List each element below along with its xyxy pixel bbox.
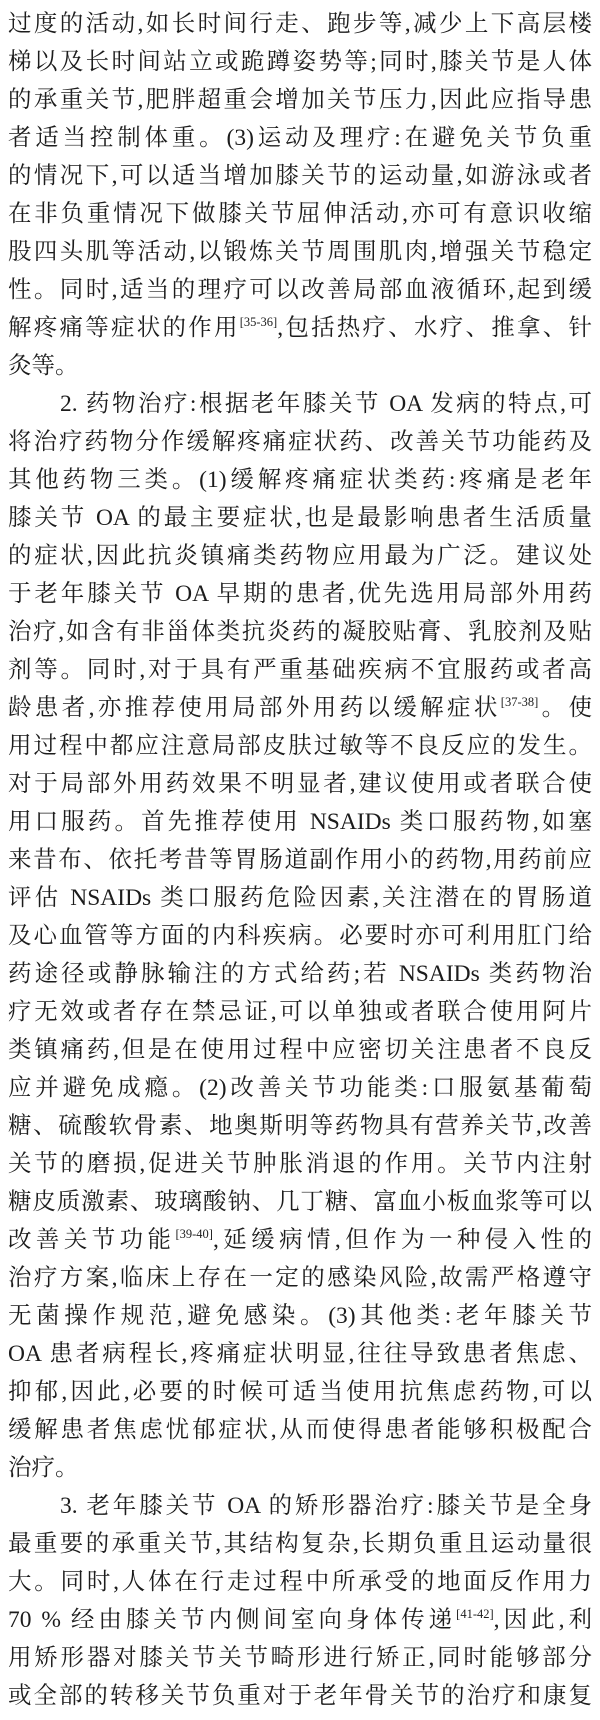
text-segment: 抑郁,因此,必要的时候可适当使用抗焦虑药物,可以 (8, 1379, 592, 1405)
text-segment: 膝关节 OA 的最主要症状,也是最影响患者生活质量 (8, 505, 592, 531)
text-segment: 疗无效或者存在禁忌证,可以单独或者联合使用阿片 (8, 999, 592, 1025)
text-segment: 3. 老年膝关节 OA 的矫形器治疗:膝关节是全身 (60, 1493, 592, 1519)
text-segment: 者适当控制体重。(3)运动及理疗:在避免关节负重 (8, 125, 592, 151)
text-line: OA 患者病程长,疼痛症状明显,往往导致患者焦虑、 (8, 1335, 592, 1373)
text-line: 无菌操作规范,避免感染。(3)其他类:老年膝关节 (8, 1297, 592, 1335)
text-line: 大。同时,人体在行走过程中所承受的地面反作用力 (8, 1563, 592, 1601)
text-segment: 股四头肌等活动,以锻炼关节周围肌肉,增强关节稳定 (8, 239, 592, 265)
text-line: 其他药物三类。(1)缓解疼痛症状类药:疼痛是老年 (8, 461, 592, 499)
text-segment: 70 % 经由膝关节内侧间室向身体传递 (8, 1607, 456, 1633)
text-segment: 的承重关节,肥胖超重会增加关节压力,因此应指导患 (8, 87, 592, 113)
text-segment: 评估 NSAIDs 类口服药危险因素,关注潜在的胃肠道 (8, 885, 592, 911)
citation-ref: [35-36] (240, 315, 278, 329)
text-line: 股四头肌等活动,以锻炼关节周围肌肉,增强关节稳定 (8, 233, 592, 271)
text-line: 治疗,如含有非甾体类抗炎药的凝胶贴膏、乳胶剂及贴 (8, 613, 592, 651)
text-line: 及心血管等方面的内科疾病。必要时亦可利用肛门给 (8, 917, 592, 955)
text-line: 类镇痛药,但是在使用过程中应密切关注患者不良反 (8, 1031, 592, 1069)
text-segment: 剂等。同时,对于具有严重基础疾病不宜服药或者高 (8, 657, 592, 683)
text-line: 治疗方案,临床上存在一定的感染风险,故需严格遵守 (8, 1259, 592, 1297)
text-line: 梯以及长时间站立或跪蹲姿势等;同时,膝关节是人体 (8, 43, 592, 81)
text-segment: 用口服药。首先推荐使用 NSAIDs 类口服药物,如塞 (8, 809, 592, 835)
text-segment: 治疗方案,临床上存在一定的感染风险,故需严格遵守 (8, 1265, 592, 1291)
text-segment: 性。同时,适当的理疗可以改善局部血液循环,起到缓 (8, 277, 592, 303)
text-segment: 治疗。 (8, 1455, 79, 1481)
text-line: 对于局部外用药效果不明显者,建议使用或者联合使 (8, 765, 592, 803)
text-segment: 在非负重情况下做膝关节屈伸活动,亦可有意识收缩 (8, 201, 592, 227)
text-line: 的情况下,可以适当增加膝关节的运动量,如游泳或者 (8, 157, 592, 195)
text-line: 灸等。 (8, 347, 592, 385)
text-segment: 过度的活动,如长时间行走、跑步等,减少上下高层楼 (8, 11, 592, 37)
text-line: 的症状,因此抗炎镇痛类药物应用最为广泛。建议处 (8, 537, 592, 575)
paper-page: 过度的活动,如长时间行走、跑步等,减少上下高层楼梯以及长时间站立或跪蹲姿势等;同… (0, 0, 600, 1720)
text-line: 抑郁,因此,必要的时候可适当使用抗焦虑药物,可以 (8, 1373, 592, 1411)
text-line: 于老年膝关节 OA 早期的患者,优先选用局部外用药 (8, 575, 592, 613)
text-segment: 或全部的转移关节负重对于老年骨关节的治疗和康复 (8, 1683, 592, 1709)
text-segment: 于老年膝关节 OA 早期的患者,优先选用局部外用药 (8, 581, 592, 607)
text-segment: 灸等。 (8, 353, 79, 379)
text-line: 应并避免成瘾。(2)改善关节功能类:口服氨基葡萄 (8, 1069, 592, 1107)
text-segment: 最重要的承重关节,其结构复杂,长期负重且运动量很 (8, 1531, 592, 1557)
text-line: 用过程中都应注意局部皮肤过敏等不良反应的发生。 (8, 727, 592, 765)
text-line: 关节的磨损,促进关节肿胀消退的作用。关节内注射 (8, 1145, 592, 1183)
text-segment: 类镇痛药,但是在使用过程中应密切关注患者不良反 (8, 1037, 592, 1063)
text-line: 性。同时,适当的理疗可以改善局部血液循环,起到缓 (8, 271, 592, 309)
text-segment: 龄患者,亦推荐使用局部外用药以缓解症状 (8, 695, 501, 721)
text-line: 将治疗药物分作缓解疼痛症状药、改善关节功能药及 (8, 423, 592, 461)
text-segment: ,包括热疗、水疗、推拿、针 (277, 315, 592, 341)
text-segment: ,延缓病情,但作为一种侵入性的 (213, 1227, 592, 1253)
text-line: 过度的活动,如长时间行走、跑步等,减少上下高层楼 (8, 5, 592, 43)
text-segment: 治疗,如含有非甾体类抗炎药的凝胶贴膏、乳胶剂及贴 (8, 619, 592, 645)
text-segment: 糖、硫酸软骨素、地奥斯明等药物具有营养关节,改善 (8, 1113, 592, 1139)
text-line: 的承重关节,肥胖超重会增加关节压力,因此应指导患 (8, 81, 592, 119)
text-line: 用口服药。首先推荐使用 NSAIDs 类口服药物,如塞 (8, 803, 592, 841)
text-segment: 大。同时,人体在行走过程中所承受的地面反作用力 (8, 1569, 592, 1595)
text-segment: 解疼痛等症状的作用 (8, 315, 240, 341)
text-line: 糖、硫酸软骨素、地奥斯明等药物具有营养关节,改善 (8, 1107, 592, 1145)
text-line: 解疼痛等症状的作用[35-36],包括热疗、水疗、推拿、针 (8, 309, 592, 347)
text-line: 糖皮质激素、玻璃酸钠、几丁糖、富血小板血浆等可以 (8, 1183, 592, 1221)
text-line: 或全部的转移关节负重对于老年骨关节的治疗和康复 (8, 1677, 592, 1715)
citation-ref: [37-38] (501, 695, 539, 709)
text-segment: 及心血管等方面的内科疾病。必要时亦可利用肛门给 (8, 923, 592, 949)
text-line: 评估 NSAIDs 类口服药危险因素,关注潜在的胃肠道 (8, 879, 592, 917)
text-segment: OA 患者病程长,疼痛症状明显,往往导致患者焦虑、 (8, 1341, 592, 1367)
text-segment: ,因此,利 (494, 1607, 592, 1633)
text-line: 药途径或静脉输注的方式给药;若 NSAIDs 类药物治 (8, 955, 592, 993)
text-segment: 的情况下,可以适当增加膝关节的运动量,如游泳或者 (8, 163, 592, 189)
text-segment: 缓解患者焦虑忧郁症状,从而使得患者能够积极配合 (8, 1417, 592, 1443)
text-segment: 梯以及长时间站立或跪蹲姿势等;同时,膝关节是人体 (8, 49, 592, 75)
text-segment: 关节的磨损,促进关节肿胀消退的作用。关节内注射 (8, 1151, 592, 1177)
text-line: 治疗。 (8, 1449, 592, 1487)
text-segment: 。使 (538, 695, 592, 721)
text-segment: 将治疗药物分作缓解疼痛症状药、改善关节功能药及 (8, 429, 592, 455)
text-segment: 糖皮质激素、玻璃酸钠、几丁糖、富血小板血浆等可以 (8, 1189, 592, 1215)
text-segment: 用过程中都应注意局部皮肤过敏等不良反应的发生。 (8, 733, 592, 759)
text-block: 过度的活动,如长时间行走、跑步等,减少上下高层楼梯以及长时间站立或跪蹲姿势等;同… (0, 0, 600, 1715)
citation-ref: [41-42] (456, 1607, 494, 1621)
text-line: 2. 药物治疗:根据老年膝关节 OA 发病的特点,可 (8, 385, 592, 423)
text-line: 龄患者,亦推荐使用局部外用药以缓解症状[37-38]。使 (8, 689, 592, 727)
text-segment: 改善关节功能 (8, 1227, 175, 1253)
text-line: 来昔布、依托考昔等胃肠道副作用小的药物,用药前应 (8, 841, 592, 879)
text-segment: 应并避免成瘾。(2)改善关节功能类:口服氨基葡萄 (8, 1075, 592, 1101)
text-line: 3. 老年膝关节 OA 的矫形器治疗:膝关节是全身 (8, 1487, 592, 1525)
text-line: 膝关节 OA 的最主要症状,也是最影响患者生活质量 (8, 499, 592, 537)
text-line: 缓解患者焦虑忧郁症状,从而使得患者能够积极配合 (8, 1411, 592, 1449)
citation-ref: [39-40] (175, 1227, 213, 1241)
text-line: 者适当控制体重。(3)运动及理疗:在避免关节负重 (8, 119, 592, 157)
text-line: 改善关节功能[39-40],延缓病情,但作为一种侵入性的 (8, 1221, 592, 1259)
text-line: 疗无效或者存在禁忌证,可以单独或者联合使用阿片 (8, 993, 592, 1031)
text-segment: 用矫形器对膝关节关节畸形进行矫正,同时能够部分 (8, 1645, 592, 1671)
text-segment: 的症状,因此抗炎镇痛类药物应用最为广泛。建议处 (8, 543, 592, 569)
text-segment: 药途径或静脉输注的方式给药;若 NSAIDs 类药物治 (8, 961, 592, 987)
text-segment: 其他药物三类。(1)缓解疼痛症状类药:疼痛是老年 (8, 467, 592, 493)
text-line: 最重要的承重关节,其结构复杂,长期负重且运动量很 (8, 1525, 592, 1563)
text-segment: 无菌操作规范,避免感染。(3)其他类:老年膝关节 (8, 1303, 592, 1329)
text-segment: 来昔布、依托考昔等胃肠道副作用小的药物,用药前应 (8, 847, 592, 873)
text-line: 70 % 经由膝关节内侧间室向身体传递[41-42],因此,利 (8, 1601, 592, 1639)
text-segment: 2. 药物治疗:根据老年膝关节 OA 发病的特点,可 (60, 391, 592, 417)
text-line: 用矫形器对膝关节关节畸形进行矫正,同时能够部分 (8, 1639, 592, 1677)
text-segment: 对于局部外用药效果不明显者,建议使用或者联合使 (8, 771, 592, 797)
text-line: 剂等。同时,对于具有严重基础疾病不宜服药或者高 (8, 651, 592, 689)
text-line: 在非负重情况下做膝关节屈伸活动,亦可有意识收缩 (8, 195, 592, 233)
